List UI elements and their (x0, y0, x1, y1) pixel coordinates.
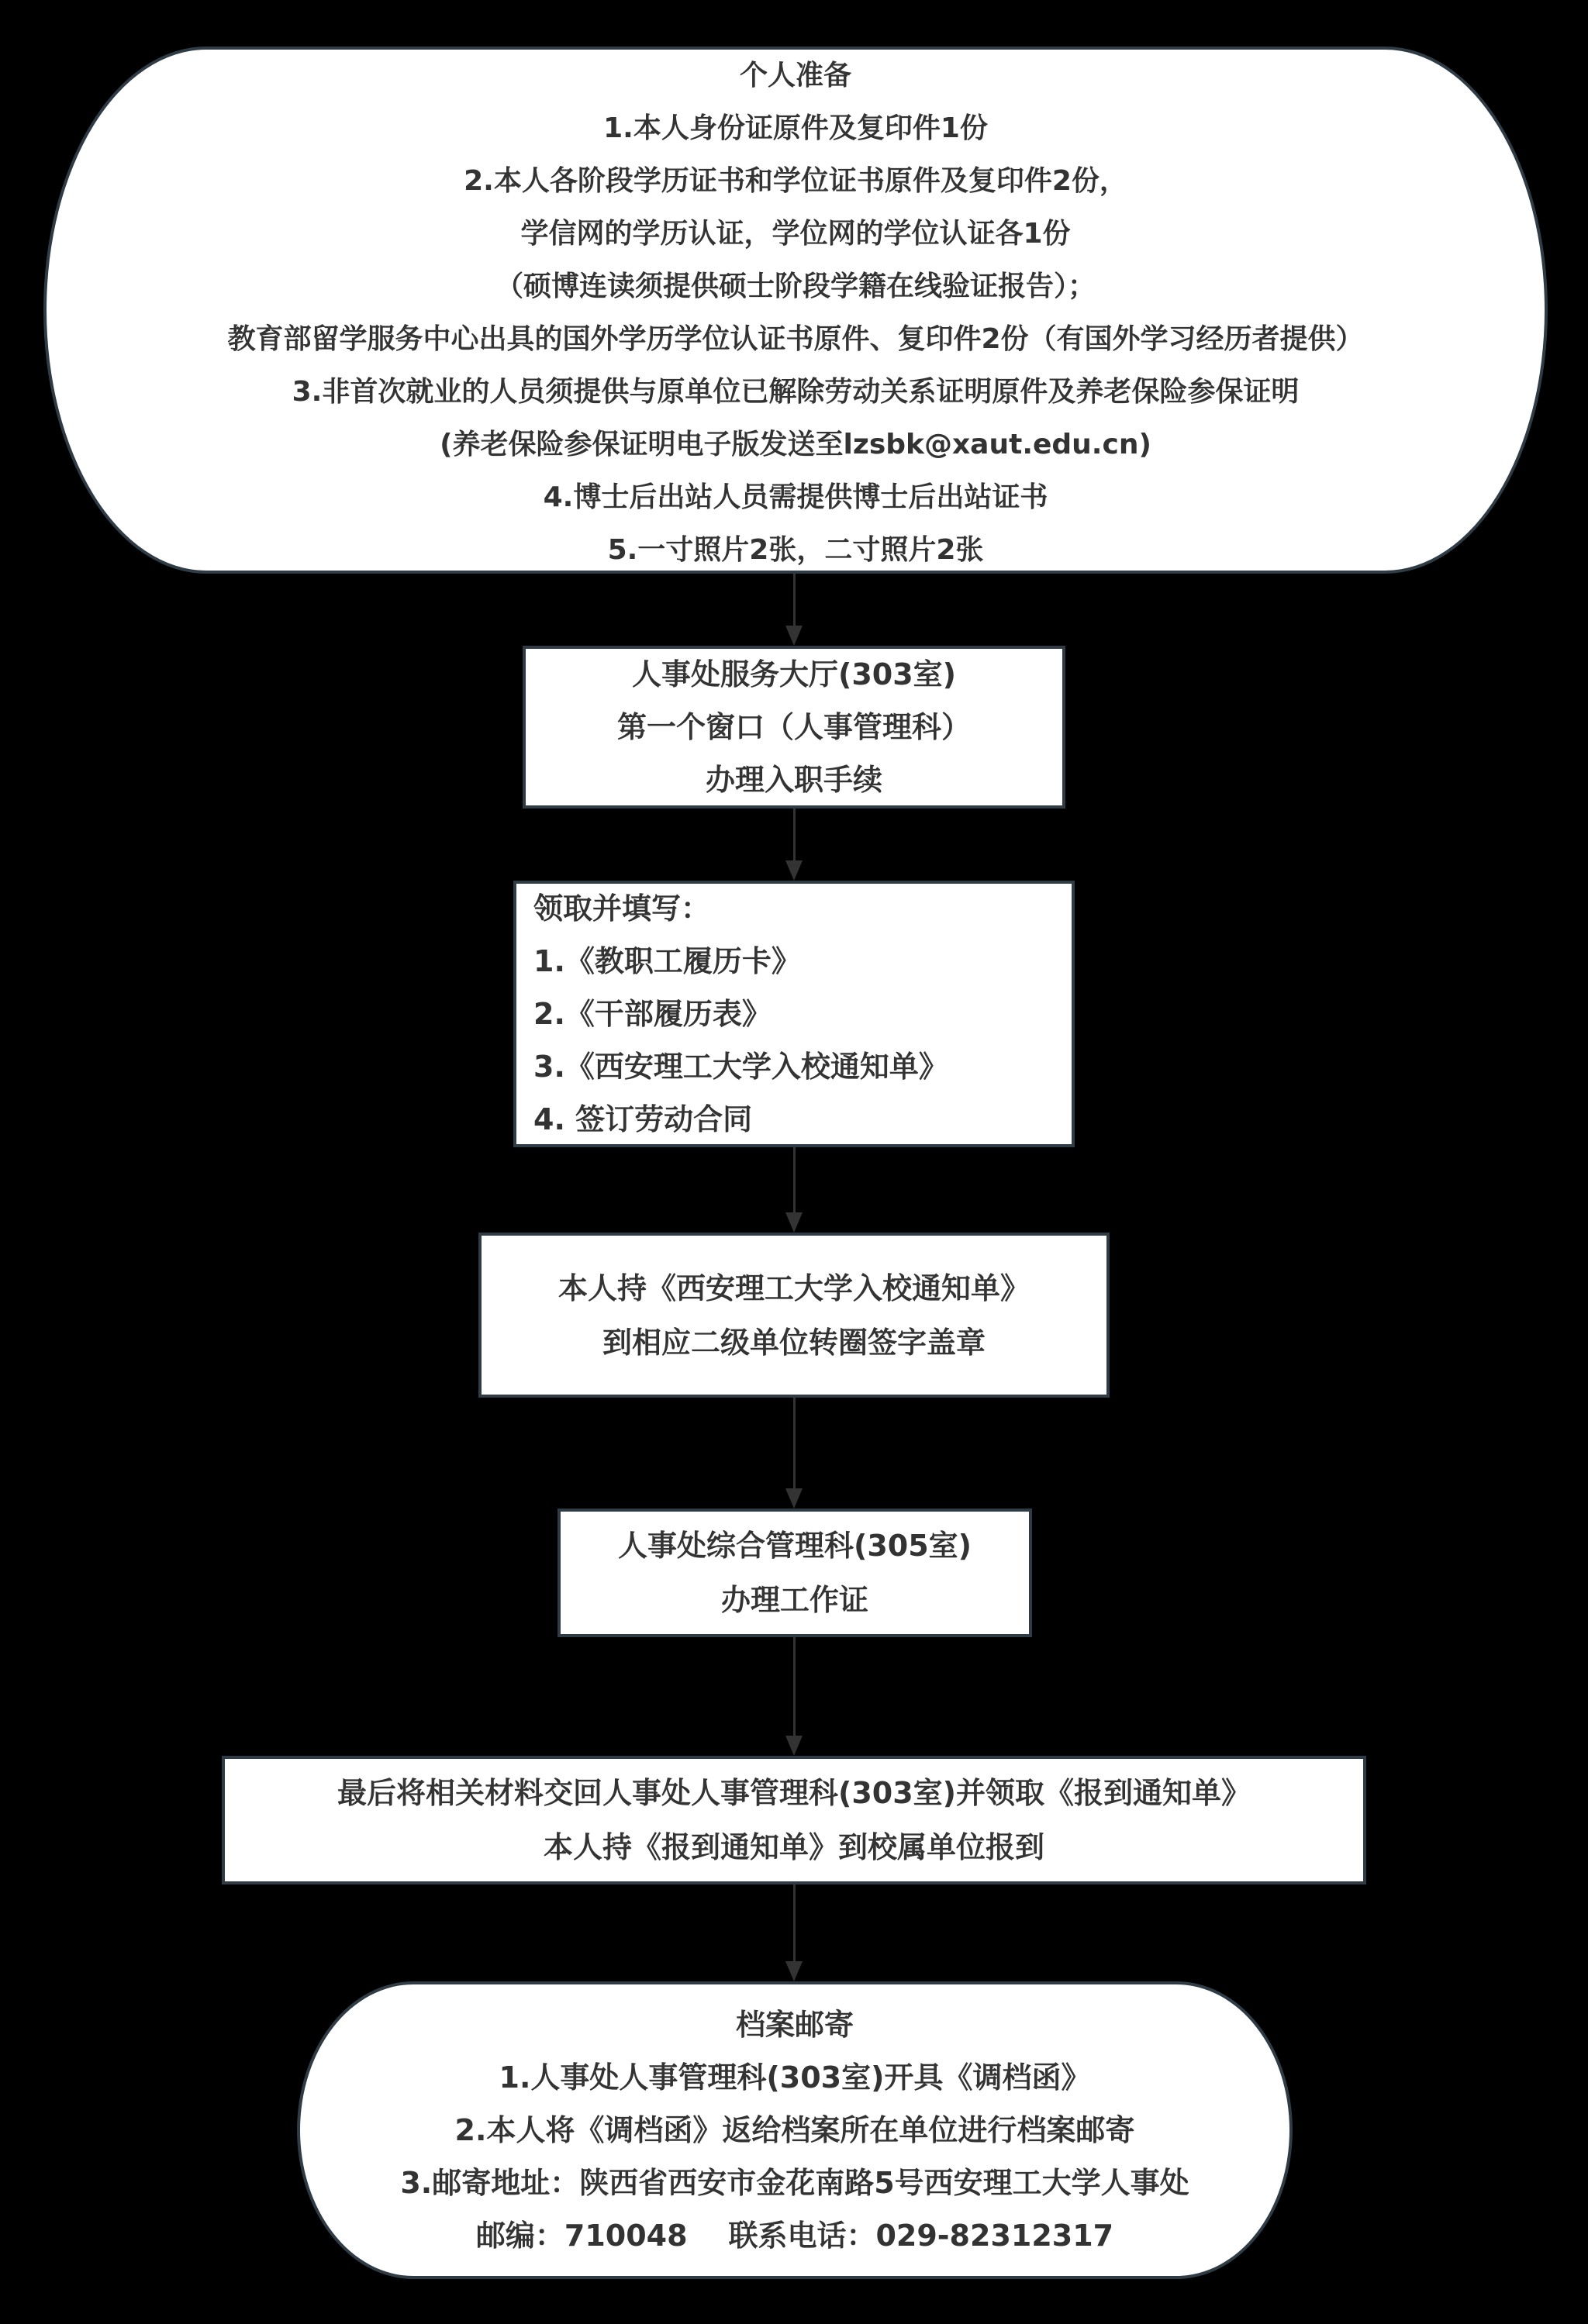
node-line: 教育部留学服务中心出具的国外学历学位认证书原件、复印件2份（有国外学习经历者提供… (227, 313, 1363, 366)
node-line: 3.《西安理工大学入校通知单》 (533, 1040, 948, 1093)
node-line: 人事处服务大厅(303室) (632, 648, 956, 701)
node-line: 3.非首次就业的人员须提供与原单位已解除劳动关系证明原件及养老保险参保证明 (292, 366, 1300, 419)
arrowhead-icon (785, 1736, 803, 1756)
arrowhead-icon (785, 626, 803, 646)
node-line: 1.本人身份证原件及复印件1份 (603, 102, 988, 155)
node-title: 档案邮寄 (736, 1998, 854, 2051)
node-line: 1.《教职工履历卡》 (533, 935, 801, 988)
node-line: 3.邮寄地址：陕西省西安市金花南路5号西安理工大学人事处 (400, 2157, 1189, 2209)
node-title: 领取并填写： (533, 882, 710, 935)
node-line: (养老保险参保证明电子版发送至lzsbk@xaut.edu.cn) (440, 419, 1151, 471)
node-personal-preparation: 个人准备 1.本人身份证原件及复印件1份 2.本人各阶段学历证书和学位证书原件及… (43, 47, 1548, 574)
node-line: （硕博连读须提供硕士阶段学籍在线验证报告）； (495, 260, 1096, 313)
node-title: 个人准备 (740, 50, 851, 102)
node-department-stamp: 本人持《西安理工大学入校通知单》 到相应二级单位转圈签字盖章 (478, 1233, 1110, 1398)
node-line: 4.博士后出站人员需提供博士后出站证书 (544, 471, 1048, 524)
arrowhead-icon (785, 860, 803, 881)
node-line: 最后将相关材料交回人事处人事管理科(303室)并领取《报到通知单》 (337, 1766, 1251, 1820)
node-line: 2.本人将《调档函》返给档案所在单位进行档案邮寄 (455, 2104, 1135, 2157)
arrowhead-icon (785, 1961, 803, 1981)
node-line: 办理工作证 (721, 1573, 868, 1627)
node-line: 第一个窗口（人事管理科） (617, 701, 971, 753)
node-line: 办理入职手续 (706, 753, 882, 806)
node-line: 本人持《西安理工大学入校通知单》 (558, 1261, 1030, 1315)
node-line: 2.本人各阶段学历证书和学位证书原件及复印件2份， (464, 155, 1127, 208)
node-line: 人事处综合管理科(305室) (618, 1519, 972, 1573)
node-line: 邮编：710048 联系电话：029-82312317 (476, 2209, 1113, 2262)
node-service-hall: 人事处服务大厅(303室) 第一个窗口（人事管理科） 办理入职手续 (523, 646, 1065, 809)
node-archive-mailing: 档案邮寄 1.人事处人事管理科(303室)开具《调档函》 2.本人将《调档函》返… (297, 1981, 1293, 2279)
node-line: 5.一寸照片2张，二寸照片2张 (608, 524, 984, 577)
node-line: 到相应二级单位转圈签字盖章 (602, 1315, 986, 1370)
arrowhead-icon (785, 1488, 803, 1509)
node-work-card: 人事处综合管理科(305室) 办理工作证 (558, 1509, 1032, 1637)
node-line: 4. 签订劳动合同 (533, 1093, 752, 1146)
edge-hall-to-forms (793, 809, 796, 863)
node-line: 本人持《报到通知单》到校属单位报到 (544, 1820, 1044, 1874)
edge-stamp-to-card (793, 1398, 796, 1489)
edge-prep-to-hall (793, 574, 796, 628)
node-collect-forms: 领取并填写： 1.《教职工履历卡》 2.《干部履历表》 3.《西安理工大学入校通… (513, 881, 1075, 1147)
edge-forms-to-stamp (793, 1147, 796, 1213)
node-line: 1.人事处人事管理科(303室)开具《调档函》 (499, 2051, 1091, 2104)
node-line: 2.《干部履历表》 (533, 988, 772, 1040)
node-report-notice: 最后将相关材料交回人事处人事管理科(303室)并领取《报到通知单》 本人持《报到… (222, 1756, 1366, 1884)
node-line: 学信网的学历认证，学位网的学位认证各1份 (520, 208, 1070, 260)
edge-report-to-archive (793, 1884, 796, 1962)
edge-card-to-report (793, 1637, 796, 1736)
arrowhead-icon (785, 1212, 803, 1233)
